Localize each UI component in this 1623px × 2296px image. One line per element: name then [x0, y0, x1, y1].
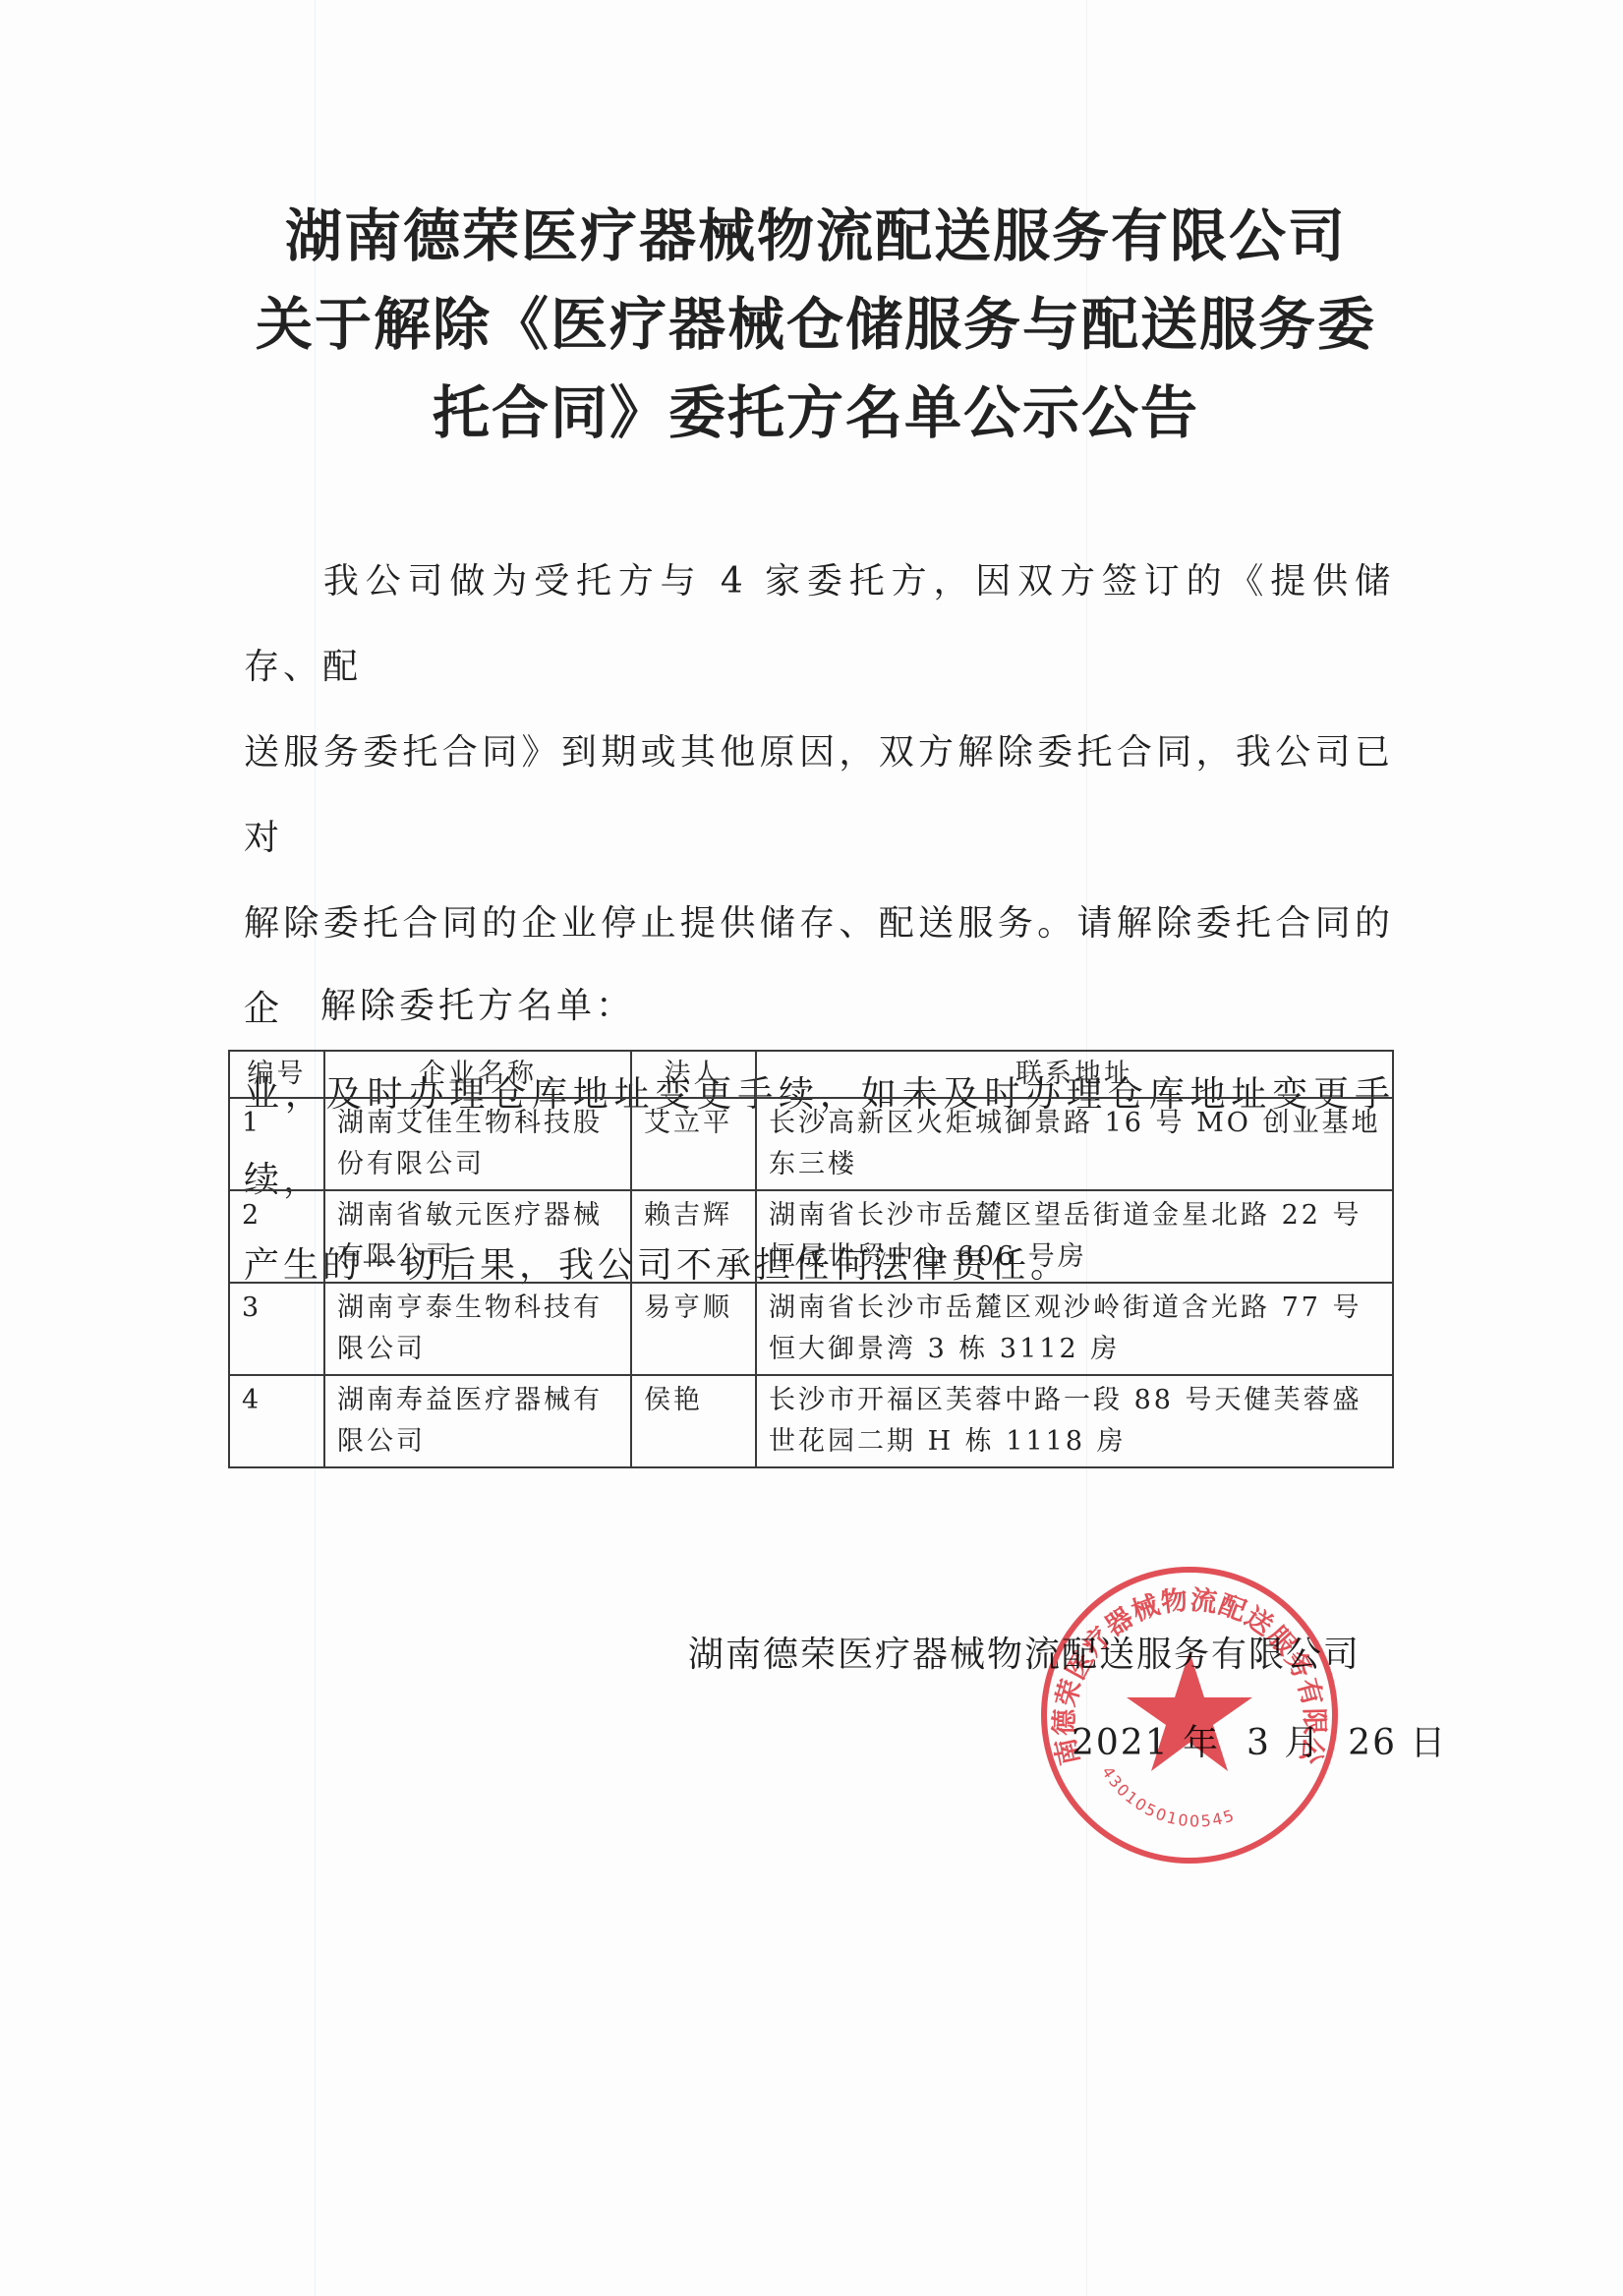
- svg-text:4301050100545: 4301050100545: [1098, 1763, 1238, 1831]
- table-row: 1 湖南艾佳生物科技股份有限公司 艾立平 长沙高新区火炬城御景路 16 号 MO…: [229, 1098, 1393, 1190]
- list-label: 解除委托方名单：: [320, 978, 635, 1028]
- cell-legal-representative: 赖吉辉: [631, 1190, 756, 1283]
- table-row: 4 湖南寿益医疗器械有限公司 侯艳 长沙市开福区芙蓉中路一段 88 号天健芙蓉盛…: [229, 1375, 1393, 1467]
- cell-legal-representative: 侯艳: [631, 1375, 756, 1467]
- header-company-name: 企业名称: [324, 1051, 631, 1098]
- cell-address: 长沙市开福区芙蓉中路一段 88 号天健芙蓉盛世花园二期 H 栋 1118 房: [756, 1375, 1393, 1467]
- header-legal-representative: 法人: [631, 1051, 756, 1098]
- table-row: 2 湖南省敏元医疗器械有限公司 赖吉辉 湖南省长沙市岳麓区望岳街道金星北路 22…: [229, 1190, 1393, 1283]
- cell-company-name: 湖南艾佳生物科技股份有限公司: [324, 1098, 631, 1190]
- header-address: 联系地址: [756, 1051, 1393, 1098]
- cell-company-name: 湖南亨泰生物科技有限公司: [324, 1283, 631, 1375]
- official-seal-star-icon: 湖南德荣医疗器械物流配送服务有限公司 4301050100545: [1037, 1563, 1342, 1867]
- cell-no: 4: [229, 1375, 324, 1467]
- paragraph-line: 送服务委托合同》到期或其他原因，双方解除委托合同，我公司已对: [244, 710, 1394, 881]
- document-title: 湖南德荣医疗器械物流配送服务有限公司 关于解除《医疗器械仓储服务与配送服务委 托…: [226, 192, 1406, 457]
- table-row: 3 湖南亨泰生物科技有限公司 易亨顺 湖南省长沙市岳麓区观沙岭街道含光路 77 …: [229, 1283, 1393, 1375]
- seal-code: 4301050100545: [1098, 1763, 1238, 1831]
- cell-legal-representative: 易亨顺: [631, 1283, 756, 1375]
- cell-address: 湖南省长沙市岳麓区观沙岭街道含光路 77 号恒大御景湾 3 栋 3112 房: [756, 1283, 1393, 1375]
- cell-legal-representative: 艾立平: [631, 1098, 756, 1190]
- paragraph-line: 我公司做为受托方与 4 家委托方，因双方签订的《提供储存、配: [244, 539, 1394, 710]
- title-line-3: 托合同》委托方名单公示公告: [226, 369, 1406, 457]
- cell-address: 长沙高新区火炬城御景路 16 号 MO 创业基地东三楼: [756, 1098, 1393, 1190]
- cell-company-name: 湖南省敏元医疗器械有限公司: [324, 1190, 631, 1283]
- cell-no: 2: [229, 1190, 324, 1283]
- table-header-row: 编号 企业名称 法人 联系地址: [229, 1051, 1393, 1098]
- cell-address: 湖南省长沙市岳麓区望岳街道金星北路 22 号恒晟世贸中心 606 号房: [756, 1190, 1393, 1283]
- cell-company-name: 湖南寿益医疗器械有限公司: [324, 1375, 631, 1467]
- header-no: 编号: [229, 1051, 324, 1098]
- terminated-clients-table: 编号 企业名称 法人 联系地址 1 湖南艾佳生物科技股份有限公司 艾立平 长沙高…: [228, 1050, 1394, 1468]
- cell-no: 1: [229, 1098, 324, 1190]
- title-line-1: 湖南德荣医疗器械物流配送服务有限公司: [226, 192, 1406, 280]
- title-line-2: 关于解除《医疗器械仓储服务与配送服务委: [226, 280, 1406, 369]
- cell-no: 3: [229, 1283, 324, 1375]
